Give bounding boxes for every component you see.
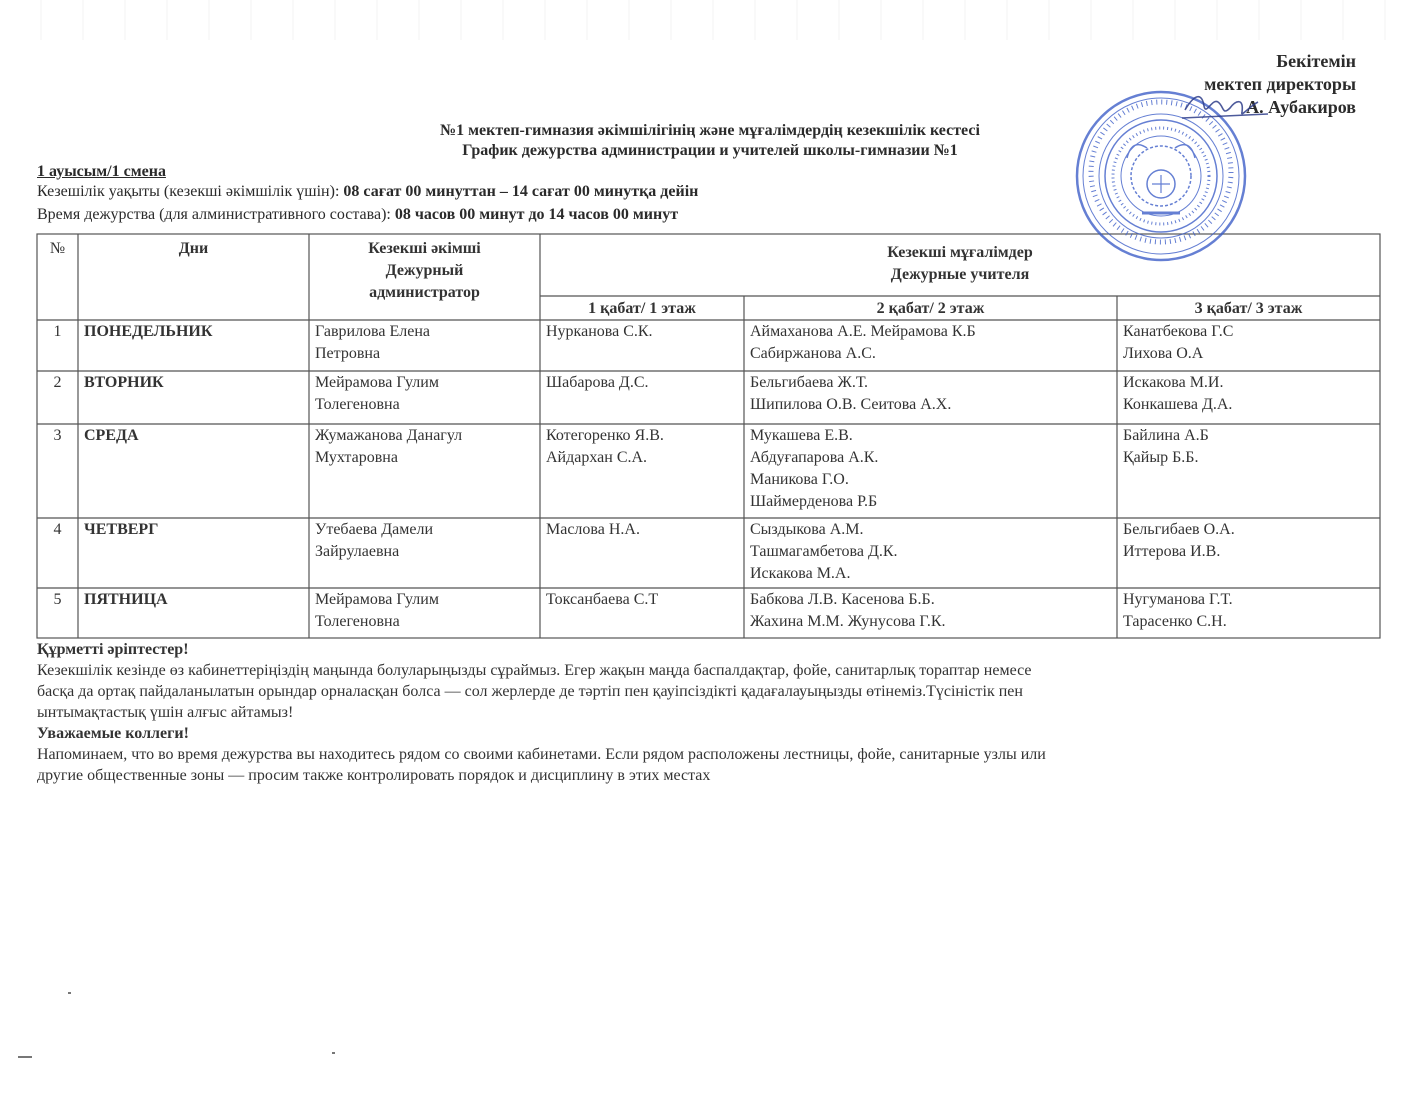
cell-floor1-line: Котегоренко Я.В. (546, 425, 742, 447)
scan-speck (332, 1052, 335, 1054)
cell-floor2-line: Сабиржанова А.С. (750, 343, 1115, 365)
cell-floor3-line: Нугуманова Г.Т. (1123, 589, 1378, 611)
cell-floor2-line: Шипилова О.В. Сеитова А.Х. (750, 394, 1115, 416)
cell-admin-line: Мухтаровна (315, 447, 538, 469)
cell-day: СРЕДА (84, 425, 307, 447)
cell-floor3: Бельгибаев О.А.Иттерова И.В. (1123, 519, 1378, 563)
cell-floor2-line: Ташмагамбетова Д.К. (750, 541, 1115, 563)
cell-num: 5 (37, 589, 78, 611)
cell-admin-line: Зайрулаевна (315, 541, 538, 563)
cell-admin-line: Жумажанова Данагул (315, 425, 538, 447)
header-admin-ru1: Дежурный (309, 260, 540, 282)
notes-kz-line-2: басқа да ортақ пайдаланылатын орындар ор… (37, 681, 1377, 702)
cell-floor1-line: Нурканова С.К. (546, 321, 742, 343)
cell-floor1-line: Айдархан С.А. (546, 447, 742, 469)
cell-admin-line: Петровна (315, 343, 538, 365)
cell-floor1: Нурканова С.К. (546, 321, 742, 343)
cell-floor3: Байлина А.БҚайыр Б.Б. (1123, 425, 1378, 469)
notes-kz-heading: Құрметті әріптестер! (37, 639, 1377, 660)
approval-line-1: Бекітемін (1204, 50, 1356, 73)
cell-floor1: Токсанбаева С.Т (546, 589, 742, 611)
cell-admin: Мейрамова ГулимТолегеновна (315, 372, 538, 416)
header-floor-2: 2 қабат/ 2 этаж (744, 298, 1117, 320)
header-teachers-kz: Кезекші мұғалімдер (540, 242, 1380, 264)
cell-day: ПОНЕДЕЛЬНИК (84, 321, 307, 343)
cell-day: ВТОРНИК (84, 372, 307, 394)
header-floor-3: 3 қабат/ 3 этаж (1117, 298, 1380, 320)
header-teachers-ru: Дежурные учителя (540, 264, 1380, 286)
notes-ru-line-2: другие общественные зоны — просим также … (37, 765, 1377, 786)
cell-floor3-line: Конкашева Д.А. (1123, 394, 1378, 416)
cell-admin-line: Мейрамова Гулим (315, 589, 538, 611)
notes-ru-line-1: Напоминаем, что во время дежурства вы на… (37, 744, 1377, 765)
header-admin-ru2: администратор (309, 282, 540, 304)
header-admin-kz: Кезекші әкімші (309, 238, 540, 260)
cell-admin: Утебаева ДамелиЗайрулаевна (315, 519, 538, 563)
cell-floor3-line: Искакова М.И. (1123, 372, 1378, 394)
cell-day: ЧЕТВЕРГ (84, 519, 307, 541)
cell-floor1-line: Шабарова Д.С. (546, 372, 742, 394)
cell-floor2: Бельгибаева Ж.Т.Шипилова О.В. Сеитова А.… (750, 372, 1115, 416)
cell-floor2-line: Сыздыкова А.М. (750, 519, 1115, 541)
cell-floor3-line: Бельгибаев О.А. (1123, 519, 1378, 541)
notes-kz-line-3: ынтымақтастық үшін алғыс айтамыз! (37, 702, 1377, 723)
header-admin: Кезекші әкімші Дежурный администратор (309, 238, 540, 304)
header-teachers: Кезекші мұғалімдер Дежурные учителя (540, 242, 1380, 286)
cell-floor2-line: Шаймерденова Р.Б (750, 491, 1115, 513)
cell-floor1-line: Маслова Н.А. (546, 519, 742, 541)
cell-floor3-line: Тарасенко С.Н. (1123, 611, 1378, 633)
cell-floor3-line: Канатбекова Г.С (1123, 321, 1378, 343)
cell-admin-line: Толегеновна (315, 611, 538, 633)
cell-floor3-line: Иттерова И.В. (1123, 541, 1378, 563)
header-floor-1: 1 қабат/ 1 этаж (540, 298, 744, 320)
cell-floor2: Сыздыкова А.М.Ташмагамбетова Д.К.Искаков… (750, 519, 1115, 585)
signature-icon (1180, 88, 1270, 122)
cell-floor1: Маслова Н.А. (546, 519, 742, 541)
cell-admin: Жумажанова ДанагулМухтаровна (315, 425, 538, 469)
cell-floor3: Искакова М.И.Конкашева Д.А. (1123, 372, 1378, 416)
cell-floor3: Канатбекова Г.СЛихова О.А (1123, 321, 1378, 365)
notes-section: Құрметті әріптестер! Кезекшілік кезінде … (37, 639, 1377, 786)
cell-admin: Гаврилова ЕленаПетровна (315, 321, 538, 365)
cell-floor2: Мукашева Е.В.Абдуғапарова А.К.Маникова Г… (750, 425, 1115, 513)
cell-floor2-line: Жахина М.М. Жунусова Г.К. (750, 611, 1115, 633)
cell-floor1: Котегоренко Я.В.Айдархан С.А. (546, 425, 742, 469)
cell-floor2-line: Маникова Г.О. (750, 469, 1115, 491)
cell-admin-line: Утебаева Дамели (315, 519, 538, 541)
cell-floor3-line: Қайыр Б.Б. (1123, 447, 1378, 469)
notes-kz-line-1: Кезекшілік кезінде өз кабинеттеріңіздің … (37, 660, 1377, 681)
cell-day: ПЯТНИЦА (84, 589, 307, 611)
cell-admin-line: Толегеновна (315, 394, 538, 416)
scan-speck (68, 992, 71, 994)
cell-num: 4 (37, 519, 78, 541)
cell-floor3-line: Лихова О.А (1123, 343, 1378, 365)
cell-floor2-line: Бабкова Л.В. Касенова Б.Б. (750, 589, 1115, 611)
header-num: № (37, 238, 78, 260)
cell-floor1: Шабарова Д.С. (546, 372, 742, 394)
cell-floor3: Нугуманова Г.Т.Тарасенко С.Н. (1123, 589, 1378, 633)
cell-num: 1 (37, 321, 78, 343)
cell-num: 2 (37, 372, 78, 394)
header-day: Дни (78, 238, 309, 260)
cell-floor2-line: Аймаханова А.Е. Мейрамова К.Б (750, 321, 1115, 343)
cell-admin-line: Гаврилова Елена (315, 321, 538, 343)
cell-admin: Мейрамова ГулимТолегеновна (315, 589, 538, 633)
cell-floor2: Бабкова Л.В. Касенова Б.Б.Жахина М.М. Жу… (750, 589, 1115, 633)
cell-floor2-line: Искакова М.А. (750, 563, 1115, 585)
cell-floor2: Аймаханова А.Е. Мейрамова К.БСабиржанова… (750, 321, 1115, 365)
cell-num: 3 (37, 425, 78, 447)
notes-ru-heading: Уважаемые коллеги! (37, 723, 1377, 744)
cell-floor3-line: Байлина А.Б (1123, 425, 1378, 447)
cell-floor2-line: Абдуғапарова А.К. (750, 447, 1115, 469)
scan-speck (18, 1056, 32, 1058)
cell-admin-line: Мейрамова Гулим (315, 372, 538, 394)
cell-floor1-line: Токсанбаева С.Т (546, 589, 742, 611)
cell-floor2-line: Бельгибаева Ж.Т. (750, 372, 1115, 394)
cell-floor2-line: Мукашева Е.В. (750, 425, 1115, 447)
